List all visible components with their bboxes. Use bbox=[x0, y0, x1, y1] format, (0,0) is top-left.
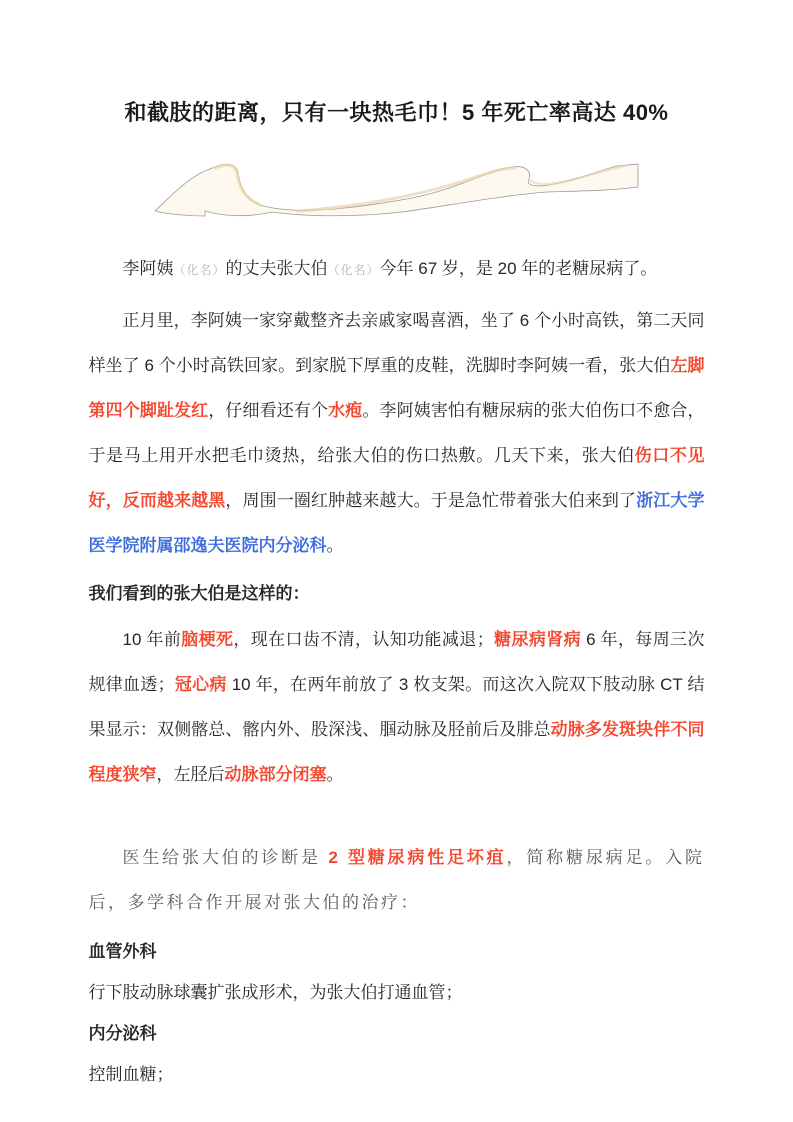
text-segment: ，现在口齿不清，认知功能减退； bbox=[233, 630, 493, 649]
text-segment: ，仔细看还有个 bbox=[208, 401, 328, 420]
text-segment: （化名） bbox=[328, 263, 380, 277]
text-segment: 。 bbox=[327, 536, 344, 555]
text-segment: ，左胫后 bbox=[157, 765, 225, 784]
paragraph-vascular-treatment: 行下肢动脉球囊扩张成形术，为张大伯打通血管； bbox=[89, 979, 705, 1007]
text-segment: 我们看到的张大伯是这样的： bbox=[89, 584, 310, 603]
subhead-vascular-surgery: 血管外科 bbox=[89, 938, 705, 966]
text-segment: 糖尿病肾病 bbox=[494, 630, 581, 649]
page-title: 和截肢的距离，只有一块热毛巾！5 年死亡率高达 40% bbox=[89, 96, 705, 130]
subhead-endocrinology: 内分泌科 bbox=[89, 1020, 705, 1048]
text-segment: （化名） bbox=[174, 263, 226, 277]
paragraph-diagnosis: 医生给张大伯的诊断是 2 型糖尿病性足坏疽，简称糖尿病足。入院后，多学科合作开展… bbox=[89, 835, 705, 925]
paragraph-intro: 李阿姨（化名）的丈夫张大伯（化名）今年 67 岁，是 20 年的老糖尿病了。 bbox=[89, 246, 705, 293]
section-heading-observation: 我们看到的张大伯是这样的： bbox=[89, 573, 705, 615]
text-segment: 行下肢动脉球囊扩张成形术，为张大伯打通血管； bbox=[89, 983, 463, 1002]
towel-illustration bbox=[147, 156, 647, 232]
text-segment: 李阿姨 bbox=[123, 259, 174, 278]
towel-illustration-svg bbox=[147, 156, 647, 232]
paragraph-endocrine-treatment: 控制血糖； bbox=[89, 1061, 705, 1089]
text-segment: 正月里，李阿姨一家穿戴整齐去亲戚家喝喜酒，坐了 6 个小时高铁，第二天同样坐了 … bbox=[89, 311, 705, 375]
text-segment: 血管外科 bbox=[89, 942, 157, 961]
text-segment: 医生给张大伯的诊断是 bbox=[123, 848, 329, 867]
text-segment: 10 年前 bbox=[123, 630, 182, 649]
text-segment: 今年 67 岁，是 20 年的老糖尿病了。 bbox=[380, 259, 658, 278]
text-segment: 水疱 bbox=[328, 401, 362, 420]
text-segment: 脑梗死 bbox=[181, 630, 233, 649]
text-segment: 。 bbox=[327, 765, 344, 784]
text-segment: 冠心病 bbox=[175, 675, 227, 694]
paragraph-story: 正月里，李阿姨一家穿戴整齐去亲戚家喝喜酒，坐了 6 个小时高铁，第二天同样坐了 … bbox=[89, 298, 705, 568]
text-segment: 的丈夫张大伯 bbox=[226, 259, 328, 278]
text-segment: 2 型糖尿病性足坏疽 bbox=[328, 848, 506, 867]
article-page: 和截肢的距离，只有一块热毛巾！5 年死亡率高达 40% 李阿姨（化名）的丈夫张大… bbox=[0, 0, 793, 1122]
text-segment: 内分泌科 bbox=[89, 1024, 157, 1043]
text-segment: ，周围一圈红肿越来越大。于是急忙带着张大伯来到了 bbox=[225, 491, 636, 510]
text-segment: 动脉部分闭塞 bbox=[225, 765, 327, 784]
paragraph-history: 10 年前脑梗死，现在口齿不清，认知功能减退；糖尿病肾病 6 年，每周三次规律血… bbox=[89, 617, 705, 797]
text-segment: 控制血糖； bbox=[89, 1065, 174, 1084]
article-content: 和截肢的距离，只有一块热毛巾！5 年死亡率高达 40% 李阿姨（化名）的丈夫张大… bbox=[89, 96, 705, 1089]
